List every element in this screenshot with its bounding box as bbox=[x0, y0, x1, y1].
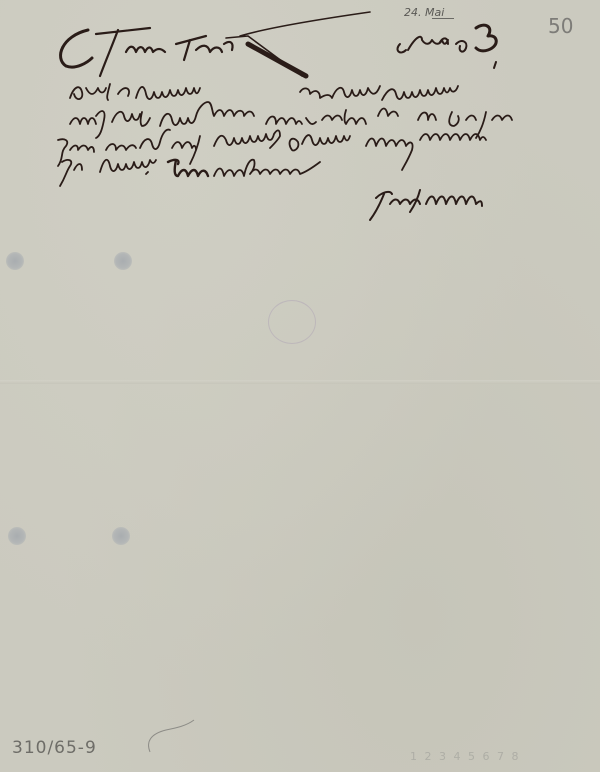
faded-bottom-stamp: 1 2 3 4 5 6 7 8 bbox=[410, 750, 520, 763]
letter-page: 50 24. Mai bbox=[0, 0, 600, 772]
pencil-mark bbox=[149, 720, 194, 752]
archive-number: 310/65-9 bbox=[12, 738, 97, 758]
signature-stroke bbox=[370, 190, 482, 220]
salutation-stroke bbox=[61, 30, 92, 67]
handwriting bbox=[0, 0, 600, 772]
